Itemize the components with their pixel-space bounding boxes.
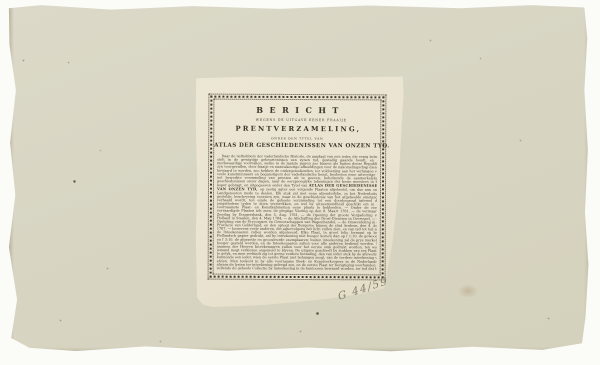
notice-content-area: BERICHT WEGENS DE UITGAVE EENER FRAAIJE …	[213, 99, 382, 276]
ornamental-border-band: BERICHT WEGENS DE UITGAVE EENER FRAAIJE …	[210, 96, 385, 279]
scan-stage: BERICHT WEGENS DE UITGAVE EENER FRAAIJE …	[0, 0, 600, 365]
notice-body-text: Daar de liefhebbery der vaderlandsche Hi…	[217, 155, 378, 271]
foxing-stain	[458, 284, 478, 298]
notice-subtitle-2: ONDER DEN TYTEL VAN	[256, 137, 339, 141]
notice-body: Daar de liefhebbery der vaderlandsche Hi…	[217, 155, 378, 271]
notice-sheet: BERICHT WEGENS DE UITGAVE EENER FRAAIJE …	[195, 76, 404, 307]
notice-title-2: PRENTVERZAMELING,	[214, 125, 380, 134]
notice-title-3: ATLAS DER GESCHIEDENISSEN VAN ONZEN TYD.	[214, 143, 380, 150]
ornamental-border: BERICHT WEGENS DE UITGAVE EENER FRAAIJE …	[208, 94, 387, 281]
notice-title: BERICHT	[214, 105, 380, 116]
body-text-after: op zestig agter een volgende Plaaten afg…	[217, 188, 378, 271]
paper-speckles	[0, 0, 1, 1]
notice-subtitle-1: WEGENS DE UITGAVE EENER FRAAIJE	[256, 118, 339, 122]
